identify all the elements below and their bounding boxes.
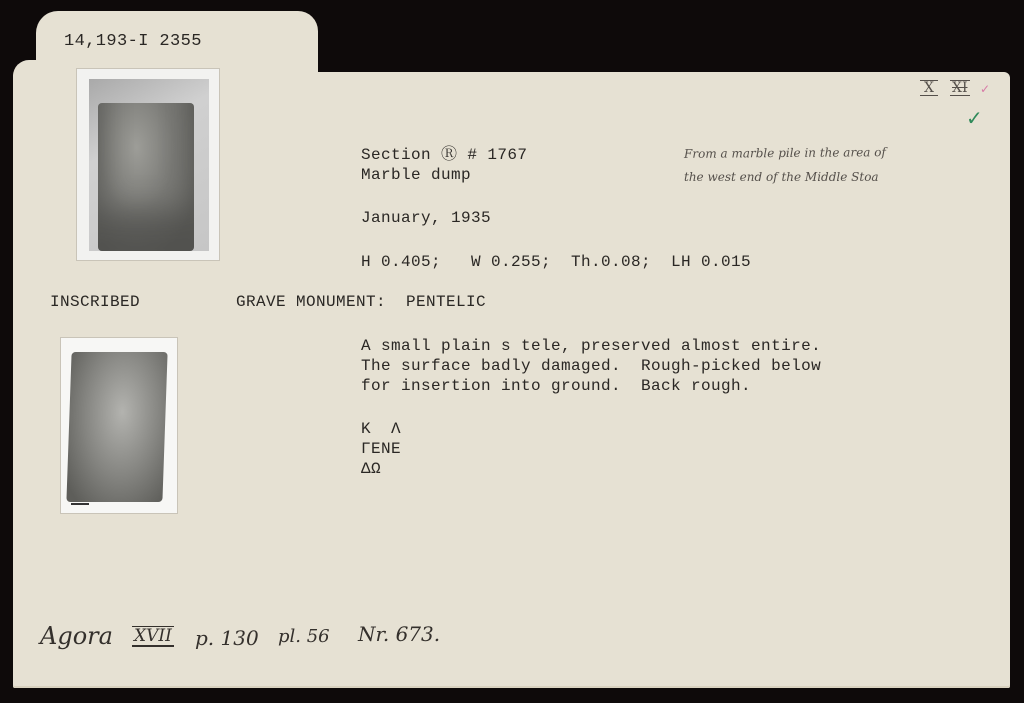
description-line: A small plain s tele, preserved almost e…: [361, 336, 821, 356]
description-line: The surface badly damaged. Rough-picked …: [361, 356, 821, 376]
catalog-number: 14,193-I 2355: [64, 32, 202, 52]
inscription-line: ΓENE: [361, 439, 401, 459]
roman-mark-x: X: [920, 80, 938, 96]
stele-detail-image: [66, 352, 167, 502]
inscription-line: ΔΩ: [361, 459, 381, 479]
scale-bar: [71, 503, 89, 505]
object-type: GRAVE MONUMENT: PENTELIC: [236, 292, 486, 312]
photo-image: [89, 79, 209, 251]
handwritten-note-line: the west end of the Middle Stoa: [684, 170, 879, 184]
inscription-line: K Λ: [361, 419, 401, 439]
front-view-photo: [76, 68, 220, 261]
publication-volume: XVII: [132, 626, 174, 647]
roman-mark-xi: XI: [950, 80, 970, 96]
publication-prefix: Agora: [40, 622, 113, 650]
excavation-date: January, 1935: [361, 208, 491, 228]
publication-page: p. 130: [195, 626, 259, 650]
findspot: Marble dump: [361, 165, 471, 185]
green-check-icon: ✓: [966, 106, 983, 130]
dimensions: H 0.405; W 0.255; Th.0.08; LH 0.015: [361, 252, 751, 272]
publication-number: Nr. 673.: [358, 622, 440, 646]
publication-plate: pl. 56: [278, 626, 330, 647]
description-line: for insertion into ground. Back rough.: [361, 376, 751, 396]
pink-check-icon: ✓: [980, 82, 990, 96]
section-number: Section Ⓡ # 1767: [361, 145, 527, 165]
stele-image: [98, 103, 194, 251]
classification-label: INSCRIBED: [50, 292, 140, 312]
detail-view-photo: [60, 337, 178, 514]
handwritten-note-line: From a marble pile in the area of: [684, 145, 886, 161]
